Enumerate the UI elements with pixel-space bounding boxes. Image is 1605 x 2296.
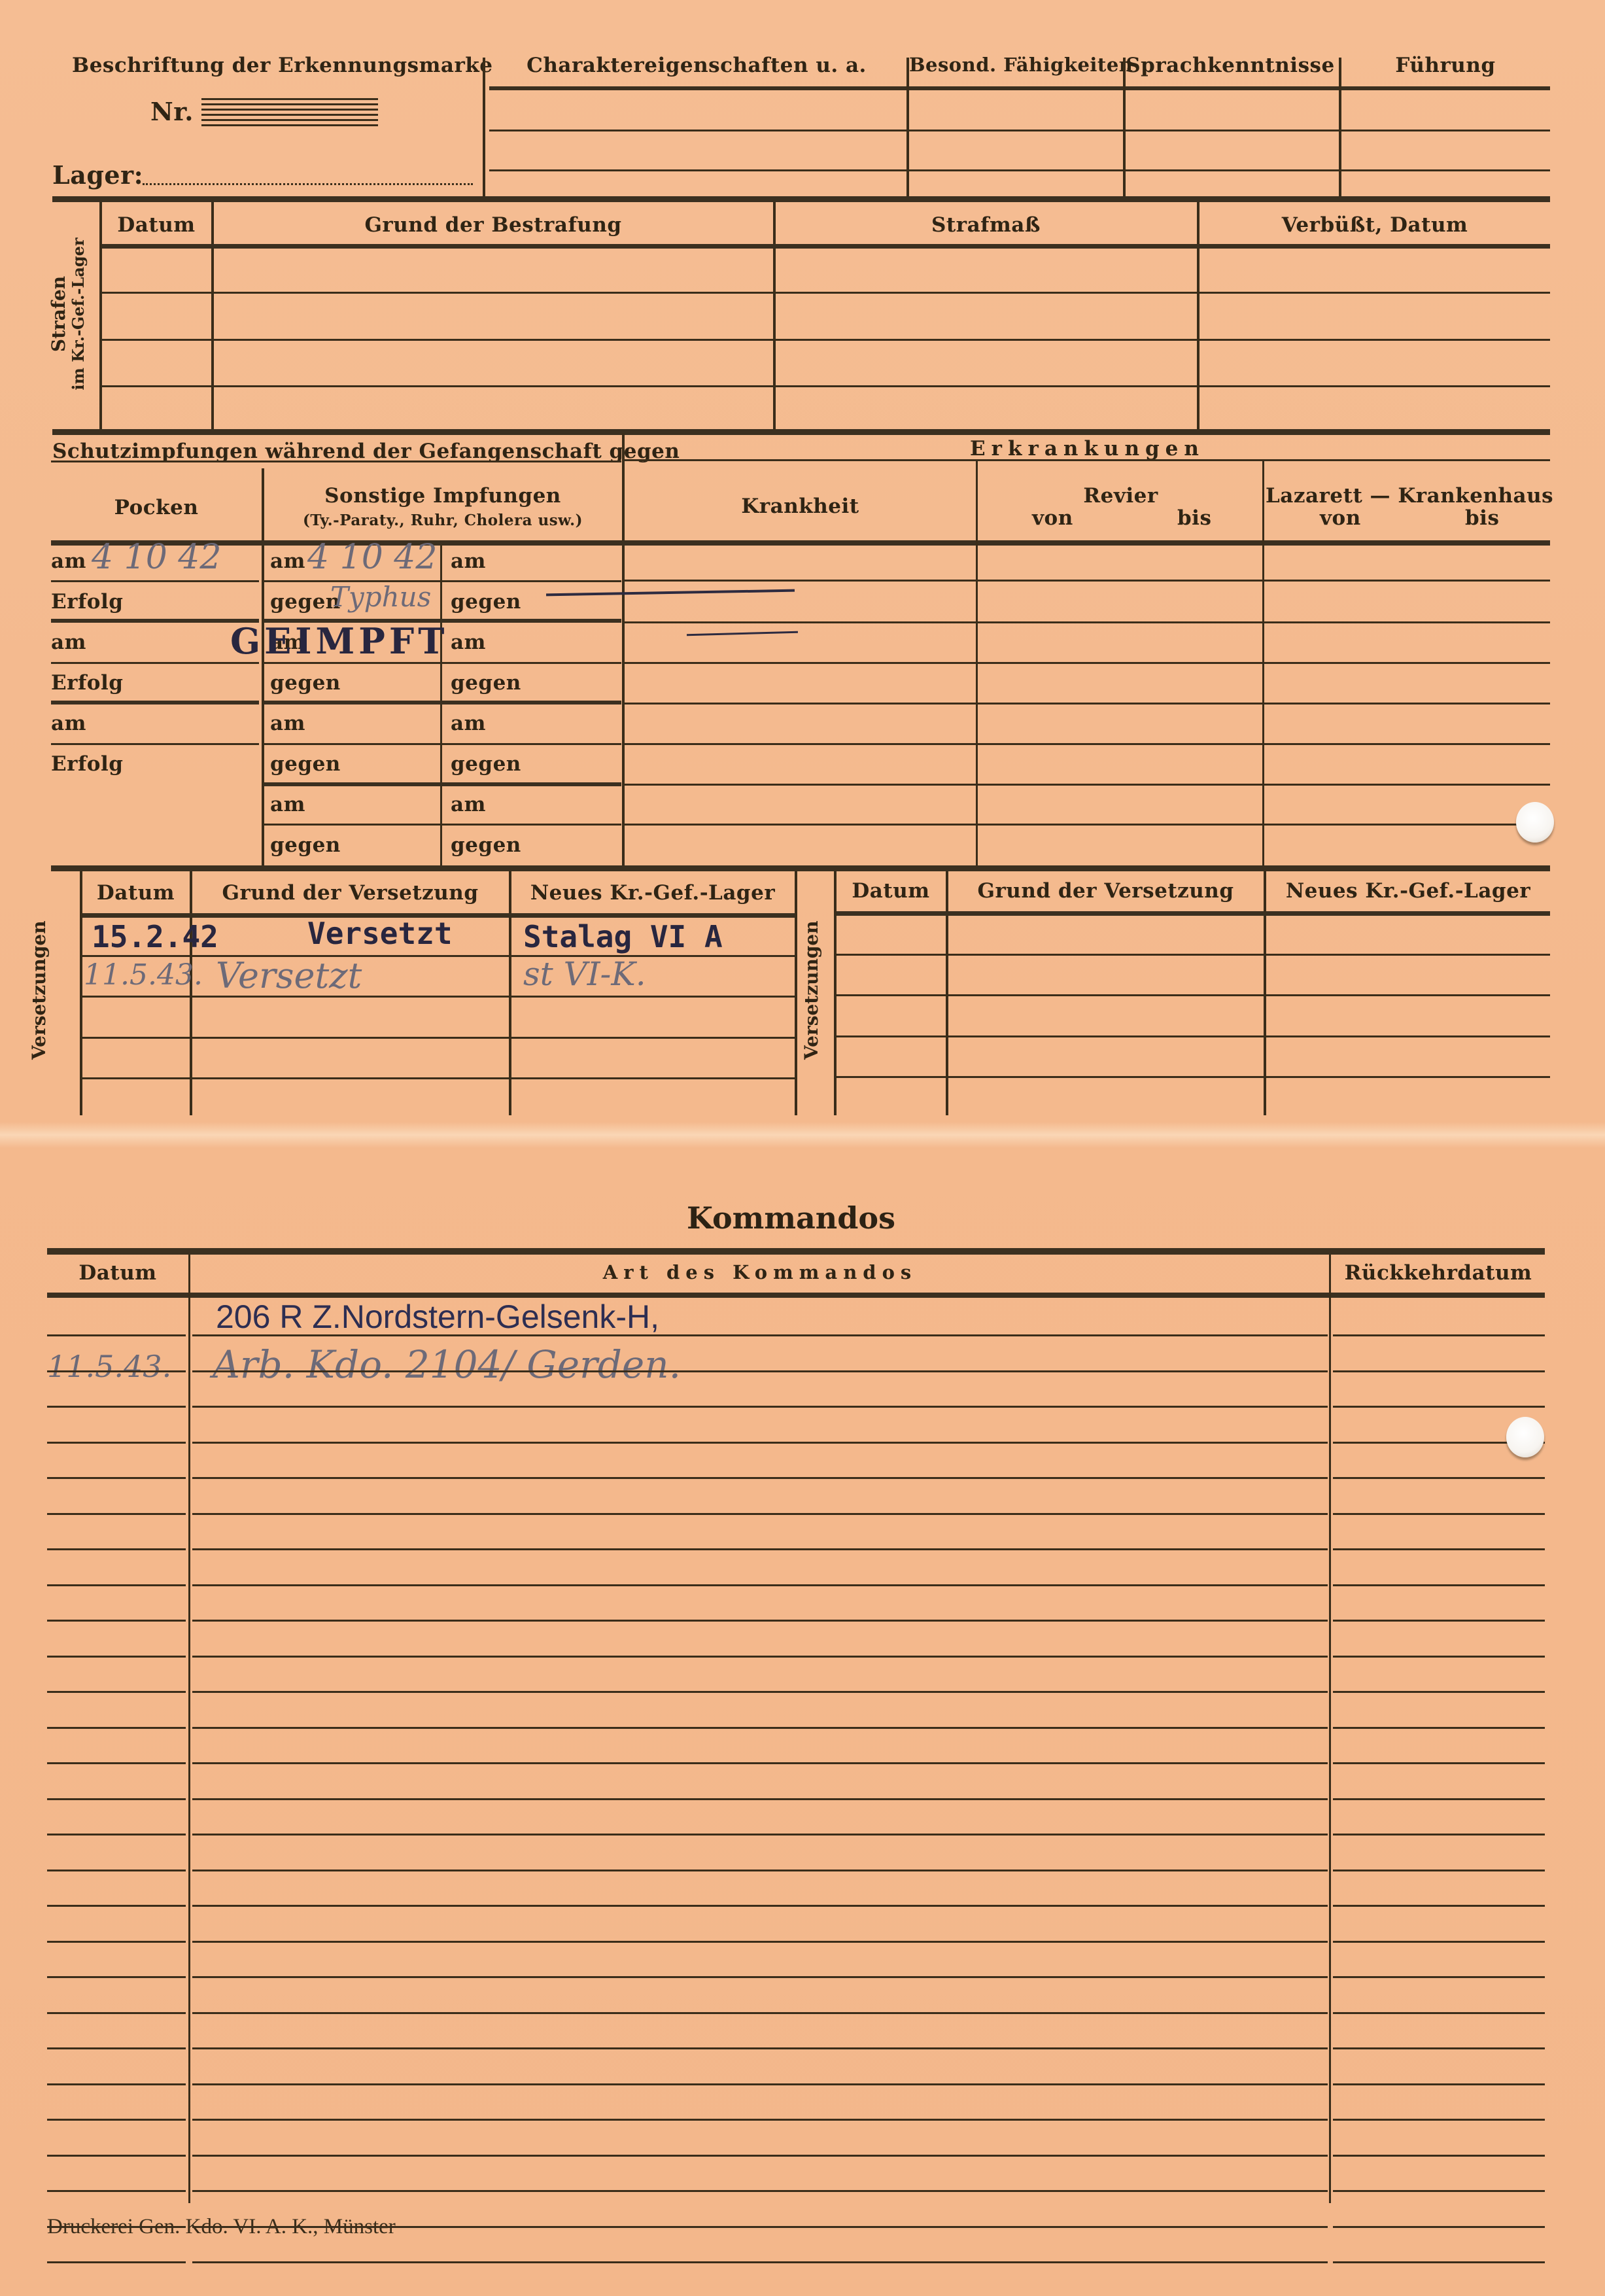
revier-from-label: von <box>1032 506 1073 530</box>
kommando-row-line <box>192 2083 1328 2085</box>
kommando-row-line <box>1333 1477 1545 1479</box>
kommando-row-line <box>192 1334 1328 1336</box>
form-paper <box>0 0 1605 2296</box>
divider <box>264 701 621 704</box>
traits-col-skills: Besond. Fähigkeiten <box>909 54 1122 76</box>
kommando-col-type: Art des Kommandos <box>191 1261 1329 1283</box>
other1-am-label-3: am <box>270 712 305 735</box>
kommando-2-type: Arb. Kdo. 2104/ Gerden. <box>213 1342 681 1387</box>
transfer-left-col-date: Datum <box>82 881 189 905</box>
other2-gegen-label-4: gegen <box>451 833 521 857</box>
divider <box>47 1293 1545 1298</box>
divider <box>51 461 621 462</box>
transfer-row-line <box>837 1076 1550 1078</box>
divider <box>625 459 1550 461</box>
kommando-row-line <box>192 1584 1328 1586</box>
other-vacc-subheader: (Ty.-Paraty., Ruhr, Cholera usw.) <box>264 512 621 529</box>
pocken-erfolg-label-1: Erfolg <box>51 590 123 614</box>
kommando-row-line <box>192 2155 1328 2157</box>
divider <box>102 244 1550 249</box>
kommando-row-line <box>47 1406 186 1408</box>
kommando-row-line <box>47 1976 186 1978</box>
kommando-2-date: 11.5.43. <box>47 1349 171 1384</box>
kommando-row-line <box>192 1870 1328 1871</box>
transfer-2-date: 11.5.43. <box>84 958 203 992</box>
kommando-row-line <box>1333 1691 1545 1693</box>
kommando-row-line <box>1333 1870 1545 1871</box>
kommando-row-line <box>47 1513 186 1515</box>
other2-am-label-3: am <box>451 712 486 735</box>
kommando-row-line <box>192 2047 1328 2049</box>
kommando-row-line <box>47 1334 186 1336</box>
kommandos-title: Kommandos <box>687 1200 895 1236</box>
lager-label: Lager: <box>52 160 143 190</box>
pocken-header: Pocken <box>51 496 262 519</box>
kommando-row-line <box>1333 2261 1545 2263</box>
kommando-row-line <box>192 2119 1328 2121</box>
kommando-row-line <box>1333 1941 1545 1943</box>
punish-col-reason: Grund der Bestrafung <box>214 213 772 237</box>
divider <box>440 546 442 867</box>
transfers-right-side-label: Versetzungen <box>799 929 825 1060</box>
kommando-row-line <box>192 1976 1328 1978</box>
kommando-row-line <box>1333 1548 1545 1550</box>
kommando-row-line <box>192 2261 1328 2263</box>
transfer-2-camp: st VI-K. <box>523 955 646 993</box>
divider <box>264 824 621 826</box>
other1-am-value-1: 4 10 42 <box>307 538 437 577</box>
divider <box>188 1255 190 2203</box>
punish-row-line <box>102 292 1550 294</box>
kommando-row-line <box>47 1370 186 1372</box>
vaccinations-title: Schutzimpfungen während der Gefangenscha… <box>52 440 680 463</box>
transfer-2-reason: Versetzt <box>216 955 362 996</box>
pocken-erfolg-label-2: Erfolg <box>51 671 123 695</box>
other2-am-label-2: am <box>451 631 486 654</box>
kommando-row-line <box>47 2083 186 2085</box>
kommando-row-line <box>192 1620 1328 1622</box>
printer-imprint: Druckerei Gen. Kdo. VI. A. K., Münster <box>47 2215 396 2239</box>
divider <box>1264 871 1266 1115</box>
kommando-col-return: Rückkehrdatum <box>1332 1261 1545 1285</box>
kommando-row-line <box>192 1691 1328 1693</box>
kommando-row-line <box>1333 1834 1545 1835</box>
section-divider <box>52 429 1550 435</box>
kommando-row-line <box>1333 1334 1545 1336</box>
other2-am-label-1: am <box>451 549 486 573</box>
kommando-row-line <box>1333 2012 1545 2014</box>
divider <box>51 701 259 704</box>
kommando-row-line <box>192 1834 1328 1835</box>
kommando-row-line <box>192 1941 1328 1943</box>
other1-am-label-4: am <box>270 793 305 816</box>
kommando-row-line <box>1333 1370 1545 1372</box>
kommando-row-line <box>47 1941 186 1943</box>
punishments-side-label-2: im Kr.-Gef.-Lager <box>65 229 92 399</box>
divider <box>1123 58 1126 198</box>
transfer-row-line <box>82 1077 795 1079</box>
divider <box>51 662 259 664</box>
kommando-row-line <box>1333 1798 1545 1800</box>
transfer-1-reason: Versetzt <box>307 916 453 951</box>
pocken-am-label-3: am <box>51 712 86 735</box>
illness-row-line <box>625 784 1550 786</box>
kommando-row-line <box>1333 1762 1545 1764</box>
transfer-row-line <box>837 1035 1550 1037</box>
punish-col-sentence: Strafmaß <box>776 213 1196 237</box>
paper-fold <box>0 1122 1605 1148</box>
illness-row-line <box>625 824 1550 826</box>
section-divider <box>52 196 1550 202</box>
transfer-row-line <box>837 994 1550 996</box>
divider <box>51 619 259 623</box>
pocken-am-label-1: am <box>51 549 86 573</box>
other1-gegen-label-2: gegen <box>270 671 341 695</box>
kommando-row-line <box>47 2190 186 2192</box>
transfer-right-col-date: Datum <box>837 879 945 903</box>
punish-col-date: Datum <box>102 213 211 237</box>
kommando-row-line <box>192 2190 1328 2192</box>
other2-gegen-label-1: gegen <box>451 590 521 614</box>
punish-row-line <box>102 339 1550 341</box>
kommando-row-line <box>47 1477 186 1479</box>
other-vacc-header: Sonstige Impfungen <box>264 484 621 508</box>
id-tag-header: Beschriftung der Erkennungsmarke <box>72 54 493 77</box>
illness-row-line <box>625 743 1550 745</box>
kommando-row-line <box>47 1727 186 1729</box>
kommando-row-line <box>1333 2119 1545 2121</box>
kommando-row-line <box>1333 2047 1545 2049</box>
divider <box>1339 58 1341 198</box>
kommando-row-line <box>47 2261 186 2263</box>
kommando-row-line <box>47 1762 186 1764</box>
divider <box>51 580 259 582</box>
kommando-row-line <box>47 2047 186 2049</box>
transfer-row-line <box>82 996 795 998</box>
kommando-row-line <box>192 1442 1328 1444</box>
kommando-row-line <box>1333 1656 1545 1658</box>
transfer-1-date: 15.2.42 <box>92 919 218 954</box>
kommando-row-line <box>192 2012 1328 2014</box>
kommando-row-line <box>192 1798 1328 1800</box>
kommando-row-line <box>192 1513 1328 1515</box>
other1-gegen-value-1: Typhus <box>330 581 431 613</box>
divider <box>906 58 909 198</box>
other1-gegen-label-4: gegen <box>270 833 341 857</box>
divider <box>489 130 1550 131</box>
kommando-row-line <box>1333 2190 1545 2192</box>
kommando-row-line <box>192 1727 1328 1729</box>
illness-col-disease: Krankheit <box>625 495 976 518</box>
divider <box>489 86 1550 90</box>
other2-am-label-4: am <box>451 793 486 816</box>
transfer-right-col-reason: Grund der Versetzung <box>948 879 1263 903</box>
kommando-row-line <box>1333 1513 1545 1515</box>
divider <box>51 743 259 745</box>
kommando-row-line <box>47 1620 186 1622</box>
transfers-left-side-label: Versetzungen <box>26 929 52 1060</box>
revier-to-label: bis <box>1177 506 1211 530</box>
punish-col-served: Verbüßt, Datum <box>1199 213 1550 237</box>
kommando-row-line <box>192 1905 1328 1907</box>
divider <box>51 540 1550 546</box>
divider <box>264 662 621 664</box>
pocken-erfolg-label-3: Erfolg <box>51 752 123 776</box>
transfer-right-col-camp: Neues Kr.-Gef.-Lager <box>1266 879 1550 903</box>
kommando-row-line <box>1333 1905 1545 1907</box>
kommando-row-line <box>192 1406 1328 1408</box>
punch-hole <box>1516 802 1554 843</box>
kommando-row-line <box>192 1656 1328 1658</box>
traits-col-languages: Sprachkenntnisse <box>1125 54 1336 77</box>
illness-col-revier: Revier <box>978 484 1264 508</box>
other2-gegen-label-3: gegen <box>451 752 521 776</box>
kommando-row-line <box>47 1798 186 1800</box>
kommando-row-line <box>47 2012 186 2014</box>
transfer-1-camp: Stalag VI A <box>523 919 723 954</box>
divider <box>47 1248 1545 1255</box>
kommando-row-line <box>192 1762 1328 1764</box>
divider <box>489 169 1550 171</box>
transfer-left-col-reason: Grund der Versetzung <box>192 881 508 905</box>
divider <box>264 743 621 745</box>
kommando-row-line <box>47 1442 186 1444</box>
kommando-row-line <box>192 1477 1328 1479</box>
divider <box>1329 1255 1331 2203</box>
divider <box>264 580 621 582</box>
kommando-row-line <box>192 1370 1328 1372</box>
transfer-row-line <box>82 1037 795 1039</box>
divider <box>264 782 621 786</box>
lager-field[interactable] <box>143 183 473 185</box>
kommando-row-line <box>1333 1620 1545 1622</box>
kommando-row-line <box>47 1870 186 1871</box>
kommando-row-line <box>1333 1584 1545 1586</box>
divider <box>483 58 485 198</box>
kommando-col-date: Datum <box>47 1261 188 1285</box>
illness-row-line <box>625 703 1550 704</box>
pocken-am-value-1: 4 10 42 <box>92 538 221 577</box>
punish-row-line <box>102 385 1550 387</box>
divider <box>946 871 948 1115</box>
kommando-row-line <box>1333 2083 1545 2085</box>
kommando-row-line <box>1333 1976 1545 1978</box>
transfer-row-line <box>837 954 1550 956</box>
geimpft-stamp: GEIMPFT <box>230 620 448 662</box>
kommando-row-line <box>47 2119 186 2121</box>
illness-col-hospital: Lazarett — Krankenhaus <box>1266 484 1550 508</box>
illnesses-title: Erkrankungen <box>625 437 1550 461</box>
kommando-row-line <box>47 1834 186 1835</box>
other2-gegen-label-2: gegen <box>451 671 521 695</box>
traits-col-conduct: Führung <box>1341 54 1550 77</box>
transfer-row-line <box>82 955 795 957</box>
kommando-row-line <box>47 1656 186 1658</box>
illness-row-line <box>625 580 1550 582</box>
illness-row-line <box>625 621 1550 623</box>
kommando-row-line <box>1333 2155 1545 2157</box>
hospital-to-label: bis <box>1465 506 1499 530</box>
kommando-row-line <box>192 1548 1328 1550</box>
hospital-from-label: von <box>1320 506 1361 530</box>
other1-am-label-1: am <box>270 549 305 573</box>
divider <box>837 911 1550 916</box>
pocken-am-label-2: am <box>51 631 86 654</box>
kommando-row-line <box>47 1905 186 1907</box>
illness-row-line <box>625 662 1550 664</box>
nr-label: Nr. <box>150 97 194 126</box>
kommando-row-line <box>47 1584 186 1586</box>
divider <box>834 871 837 1115</box>
divider <box>1262 461 1264 867</box>
traits-col-character: Charaktereigenschaften u. a. <box>487 54 906 77</box>
kommando-row-line <box>47 2155 186 2157</box>
kommando-row-line <box>1333 1727 1545 1729</box>
punch-hole <box>1506 1417 1544 1457</box>
nr-hatch-field <box>201 98 378 126</box>
kommando-1-type: 206 R Z.Nordstern-Gelsenk-H, <box>216 1298 659 1336</box>
kommando-row-line <box>47 1548 186 1550</box>
kommando-row-line <box>1333 2226 1545 2228</box>
kommando-row-line <box>1333 1406 1545 1408</box>
kommando-row-line <box>47 1691 186 1693</box>
section-divider <box>51 865 1550 871</box>
other1-gegen-label-3: gegen <box>270 752 341 776</box>
transfer-left-col-camp: Neues Kr.-Gef.-Lager <box>511 881 794 905</box>
divider <box>976 461 978 867</box>
